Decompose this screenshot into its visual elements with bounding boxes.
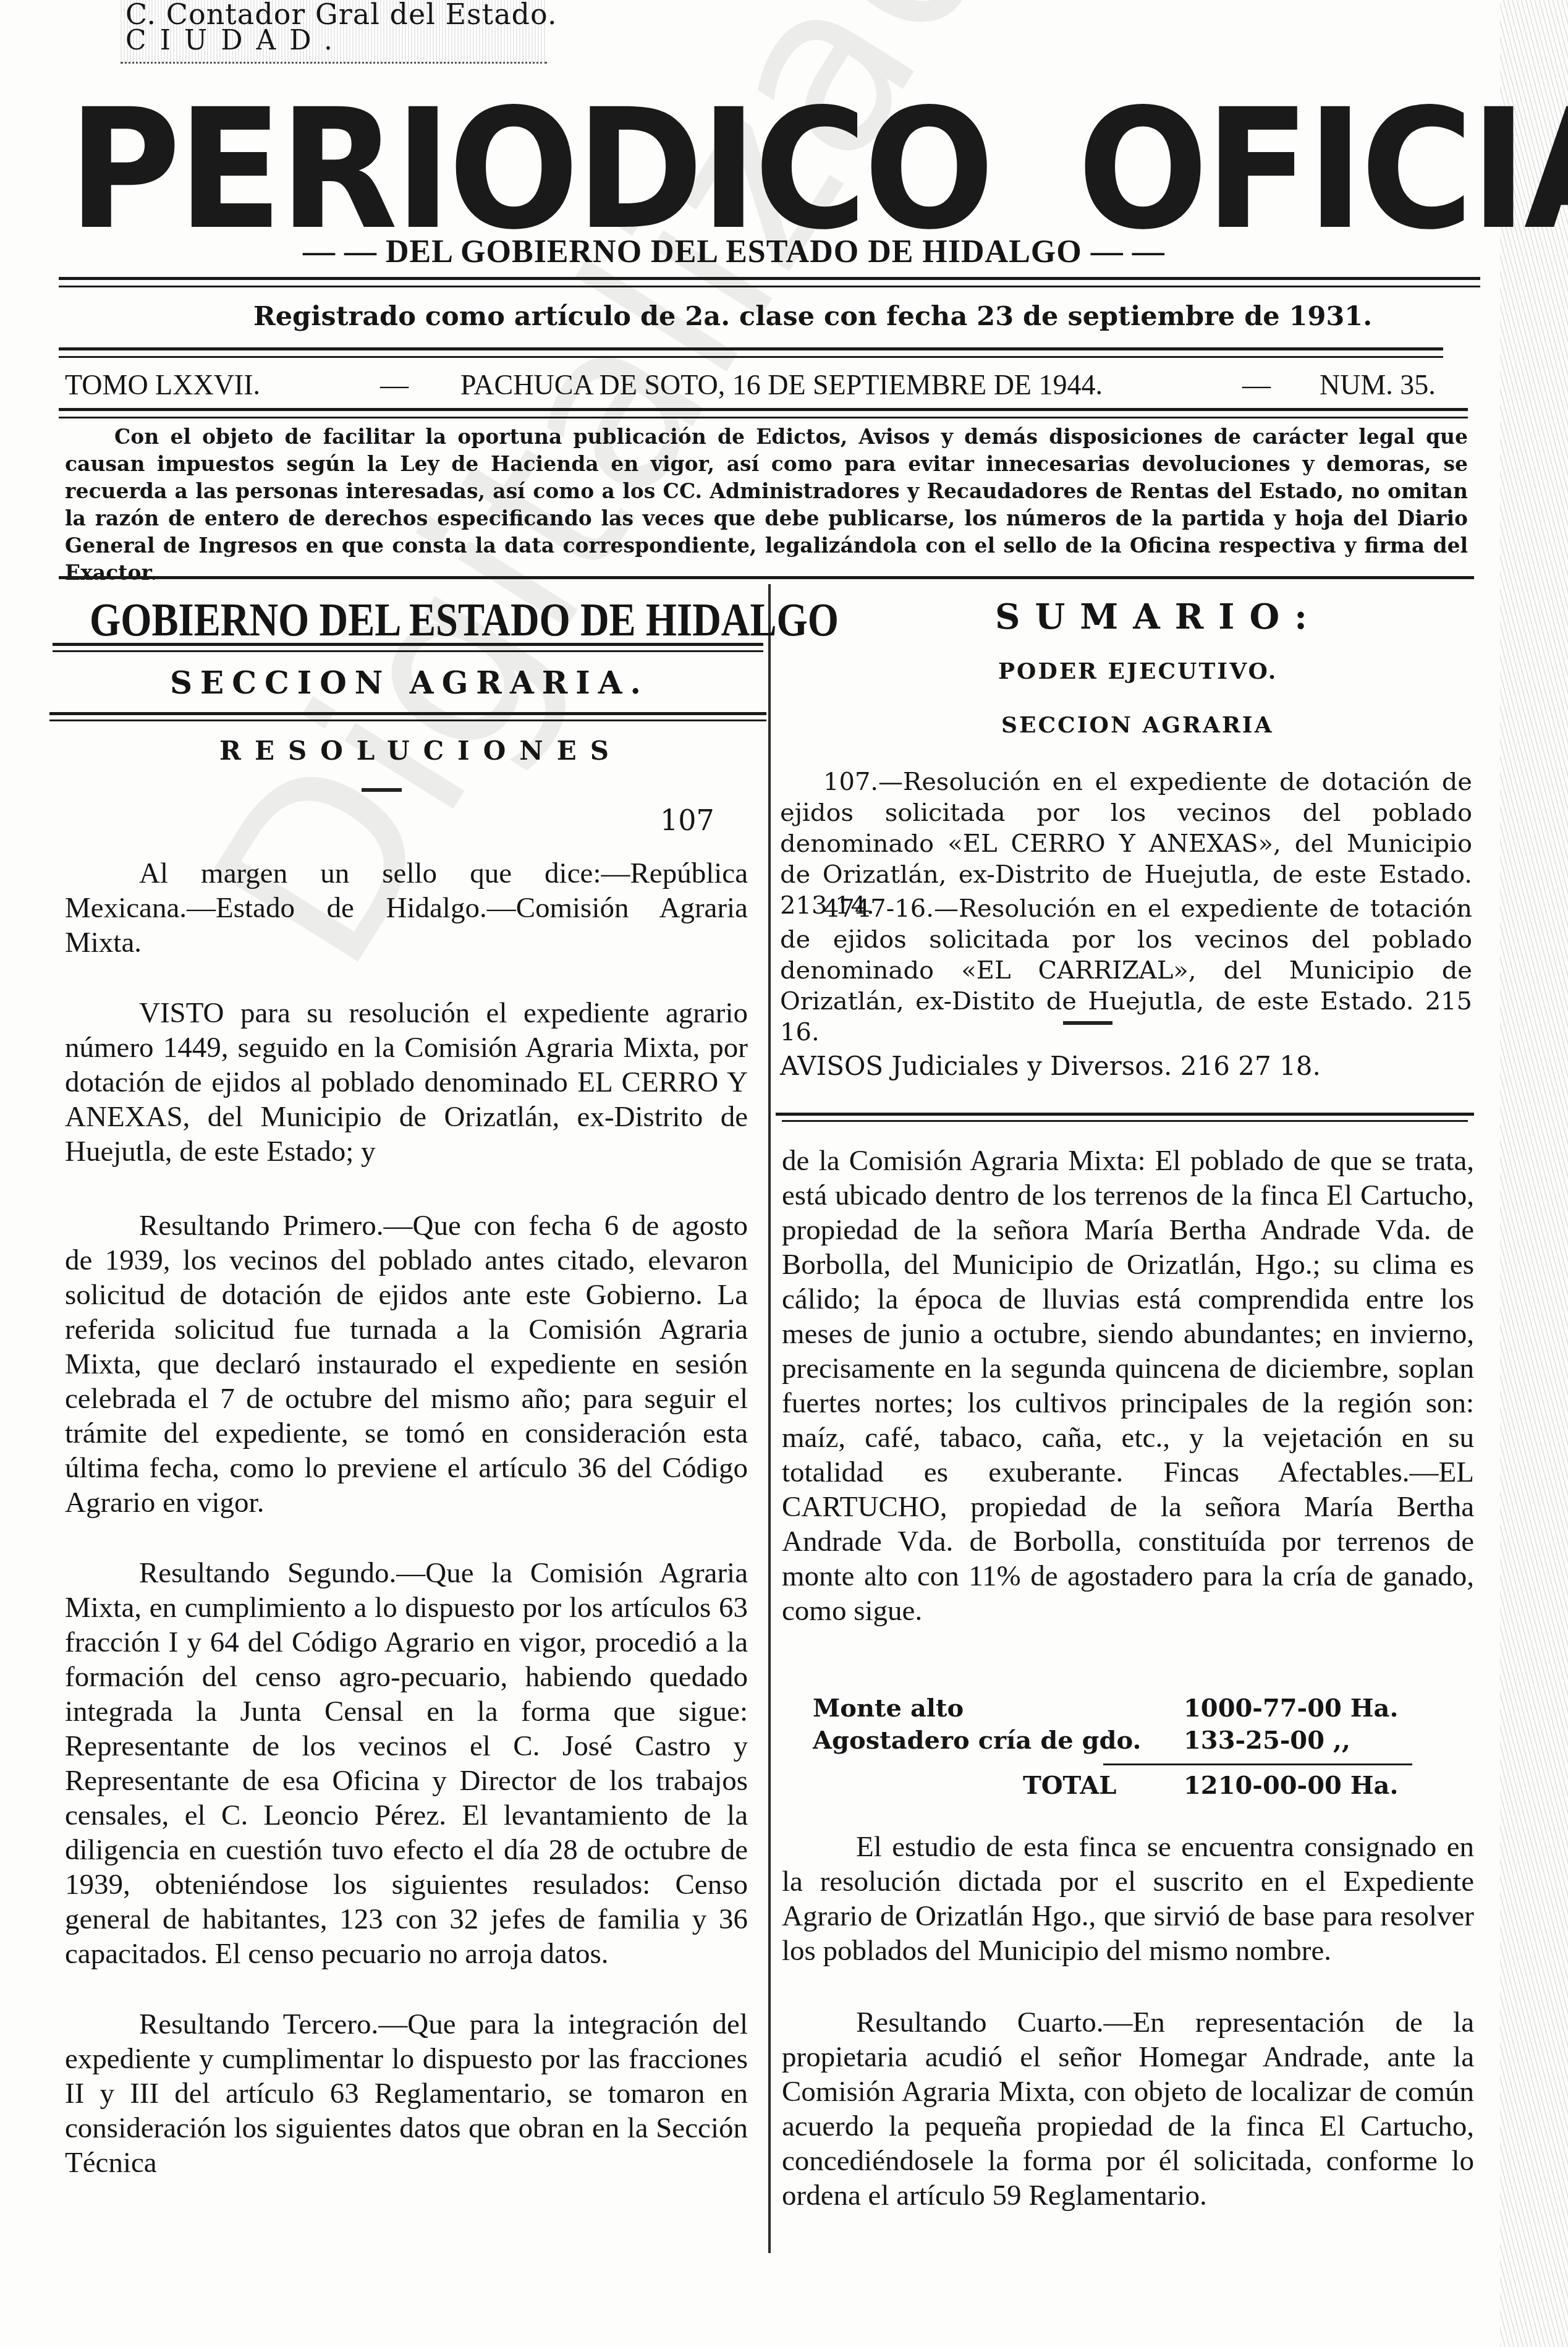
header-rule: [59, 408, 1468, 411]
table-cell-value: 1000-77-00 Ha.: [1184, 1694, 1398, 1723]
volume-label: TOMO LXXVII.: [65, 368, 260, 401]
column-divider: [768, 584, 771, 2253]
paragraph: El estudio de esta finca se encuentra co…: [782, 1830, 1474, 1968]
right-column-text: El estudio de esta finca se encuentra co…: [782, 1830, 1474, 2213]
sumario-seccion: SECCION AGRARIA: [1001, 712, 1274, 738]
total-rule: [1103, 1763, 1412, 1765]
sumario-rule: [782, 1120, 1468, 1122]
header-rule: [59, 286, 1480, 287]
sumario-rule: [776, 1113, 1474, 1116]
place-date: PACHUCA DE SOTO, 16 DE SEPTIEMBRE DE 194…: [460, 368, 1103, 401]
resolution-number: 107: [660, 804, 714, 837]
address-stamp: C. Contador Gral del Estado. CIUDAD.: [121, 0, 547, 64]
table-total-value: 1210-00-00 Ha.: [1184, 1771, 1398, 1800]
table-total-label: TOTAL: [1023, 1771, 1116, 1800]
table-total-row: TOTAL 1210-00-00 Ha.: [813, 1771, 1431, 1803]
sumario-item: 4747-16.—Resolución en el expediente de …: [780, 893, 1472, 1048]
table-row: Monte alto 1000-77-00 Ha.: [813, 1694, 1431, 1726]
sumario-avisos: AVISOS Judiciales y Diversos. 216 27 18.: [780, 1051, 1321, 1081]
issue-number: NUM. 35.: [1320, 368, 1436, 401]
sumario-heading: SUMARIO:: [995, 596, 1322, 637]
paragraph: Resultando Tercero.—Que para la integrac…: [65, 2007, 748, 2180]
short-dash: [362, 788, 402, 792]
header-rule: [59, 347, 1443, 350]
resoluciones-heading: RESOLUCIONES: [219, 736, 622, 766]
section-rule: [49, 712, 766, 715]
header-rule: [59, 417, 1468, 418]
header-rule: [59, 277, 1480, 280]
table-cell-label: Monte alto: [813, 1694, 964, 1723]
table-cell-label: Agostadero cría de gdo.: [813, 1726, 1141, 1755]
right-column-text: de la Comisión Agraria Mixta: El poblado…: [782, 1144, 1474, 1628]
newspaper-page: Digitalizado C. Contador Gral del Estado…: [0, 0, 1568, 2347]
paragraph: Resultando Primero.—Que con fecha 6 de a…: [65, 1208, 748, 1520]
paragraph: Resultando Cuarto.—En representación de …: [782, 2005, 1474, 2213]
section-rule: [49, 719, 766, 721]
scan-edge-shadow: [1500, 0, 1568, 2347]
sumario-poder: PODER EJECUTIVO.: [998, 658, 1278, 684]
paragraph: Al margen un sello que dice:—República M…: [65, 856, 748, 960]
header-rule: [59, 356, 1443, 358]
separator: —: [380, 368, 409, 401]
table-row: Agostadero cría de gdo. 133-25-00 ,,: [813, 1726, 1431, 1758]
paragraph: VISTO para su resolución el expediente a…: [65, 996, 748, 1169]
masthead-title: PERIODICOOFICIAL: [68, 108, 1390, 232]
section-rule: [53, 643, 763, 646]
masthead-subtitle: — — DEL GOBIERNO DEL ESTADO DE HIDALGO —…: [303, 234, 1165, 270]
publication-notice: Con el objeto de facilitar la oportuna p…: [65, 423, 1468, 587]
sumario-item-text: 4747-16.—Resolución en el expediente de …: [780, 893, 1472, 1048]
table-cell-value: 133-25-00 ,,: [1184, 1726, 1350, 1755]
paragraph: Resultando Segundo.—Que la Comisión Agra…: [65, 1556, 748, 1971]
paragraph: de la Comisión Agraria Mixta: El poblado…: [782, 1144, 1474, 1628]
stamp-city: CIUDAD.: [125, 25, 346, 56]
separator: —: [1242, 368, 1271, 401]
registration-line: Registrado como artículo de 2a. clase co…: [253, 301, 1372, 332]
section-title: GOBIERNO DEL ESTADO DE HIDALGO: [90, 593, 839, 647]
section-rule: [53, 650, 763, 652]
notice-rule: [59, 576, 1474, 579]
left-column-text: Al margen un sello que dice:—República M…: [65, 856, 748, 2180]
short-dash: [1063, 1021, 1112, 1025]
section-subtitle: SECCION AGRARIA.: [170, 664, 649, 701]
